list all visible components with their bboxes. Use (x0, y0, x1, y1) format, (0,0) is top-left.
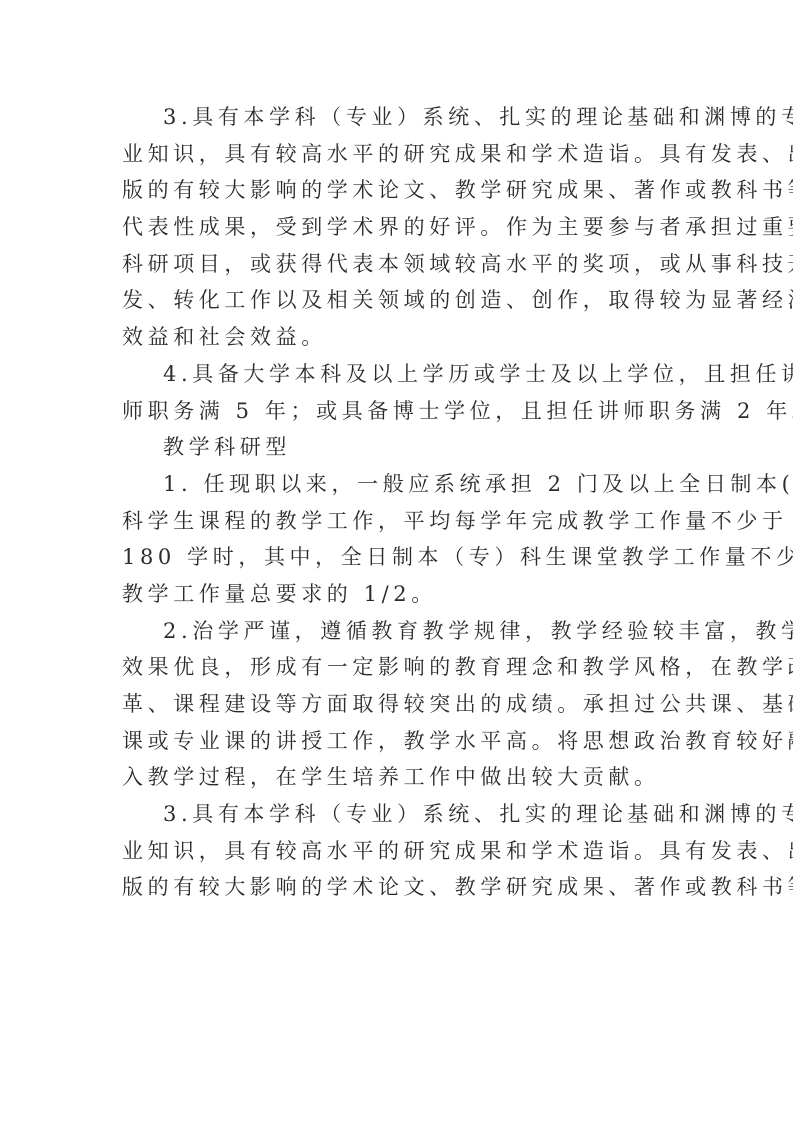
text-line: 效果优良，形成有一定影响的教育理念和教学风格，在教学改 (122, 649, 674, 686)
text-line: 教学工作量总要求的 1/2。 (122, 576, 674, 613)
text-line: 业知识，具有较高水平的研究成果和学术造诣。具有发表、出 (122, 833, 674, 870)
text-line: 科研项目，或获得代表本领域较高水平的奖项，或从事科技开 (122, 246, 674, 283)
text-line: 3.具有本学科（专业）系统、扎实的理论基础和渊博的专 (122, 99, 674, 136)
text-line: 课或专业课的讲授工作，教学水平高。将思想政治教育较好融 (122, 723, 674, 760)
text-line: 4.具备大学本科及以上学历或学士及以上学位，且担任讲 (122, 356, 674, 393)
text-line: 效益和社会效益。 (122, 319, 674, 356)
text-line: 代表性成果，受到学术界的好评。作为主要参与者承担过重要 (122, 209, 674, 246)
text-line: 入教学过程，在学生培养工作中做出较大贡献。 (122, 759, 674, 796)
text-line: 180 学时，其中，全日制本（专）科生课堂教学工作量不少于 (122, 539, 674, 576)
text-line: 师职务满 5 年；或具备博士学位，且担任讲师职务满 2 年。 (122, 393, 674, 430)
section-heading: 教学科研型 (122, 429, 674, 466)
text-line: 业知识，具有较高水平的研究成果和学术造诣。具有发表、出 (122, 136, 674, 173)
text-line: 1. 任现职以来，一般应系统承担 2 门及以上全日制本(专） (122, 466, 674, 503)
text-line: 2.治学严谨，遵循教育教学规律，教学经验较丰富，教学 (122, 613, 674, 650)
text-line: 版的有较大影响的学术论文、教学研究成果、著作或教科书等 (122, 869, 674, 906)
text-line: 科学生课程的教学工作，平均每学年完成教学工作量不少于 (122, 503, 674, 540)
text-line: 发、转化工作以及相关领域的创造、创作，取得较为显著经济 (122, 282, 674, 319)
text-line: 3.具有本学科（专业）系统、扎实的理论基础和渊博的专 (122, 796, 674, 833)
text-line: 版的有较大影响的学术论文、教学研究成果、著作或教科书等 (122, 172, 674, 209)
document-page: 3.具有本学科（专业）系统、扎实的理论基础和渊博的专 业知识，具有较高水平的研究… (122, 99, 674, 906)
text-line: 革、课程建设等方面取得较突出的成绩。承担过公共课、基础 (122, 686, 674, 723)
